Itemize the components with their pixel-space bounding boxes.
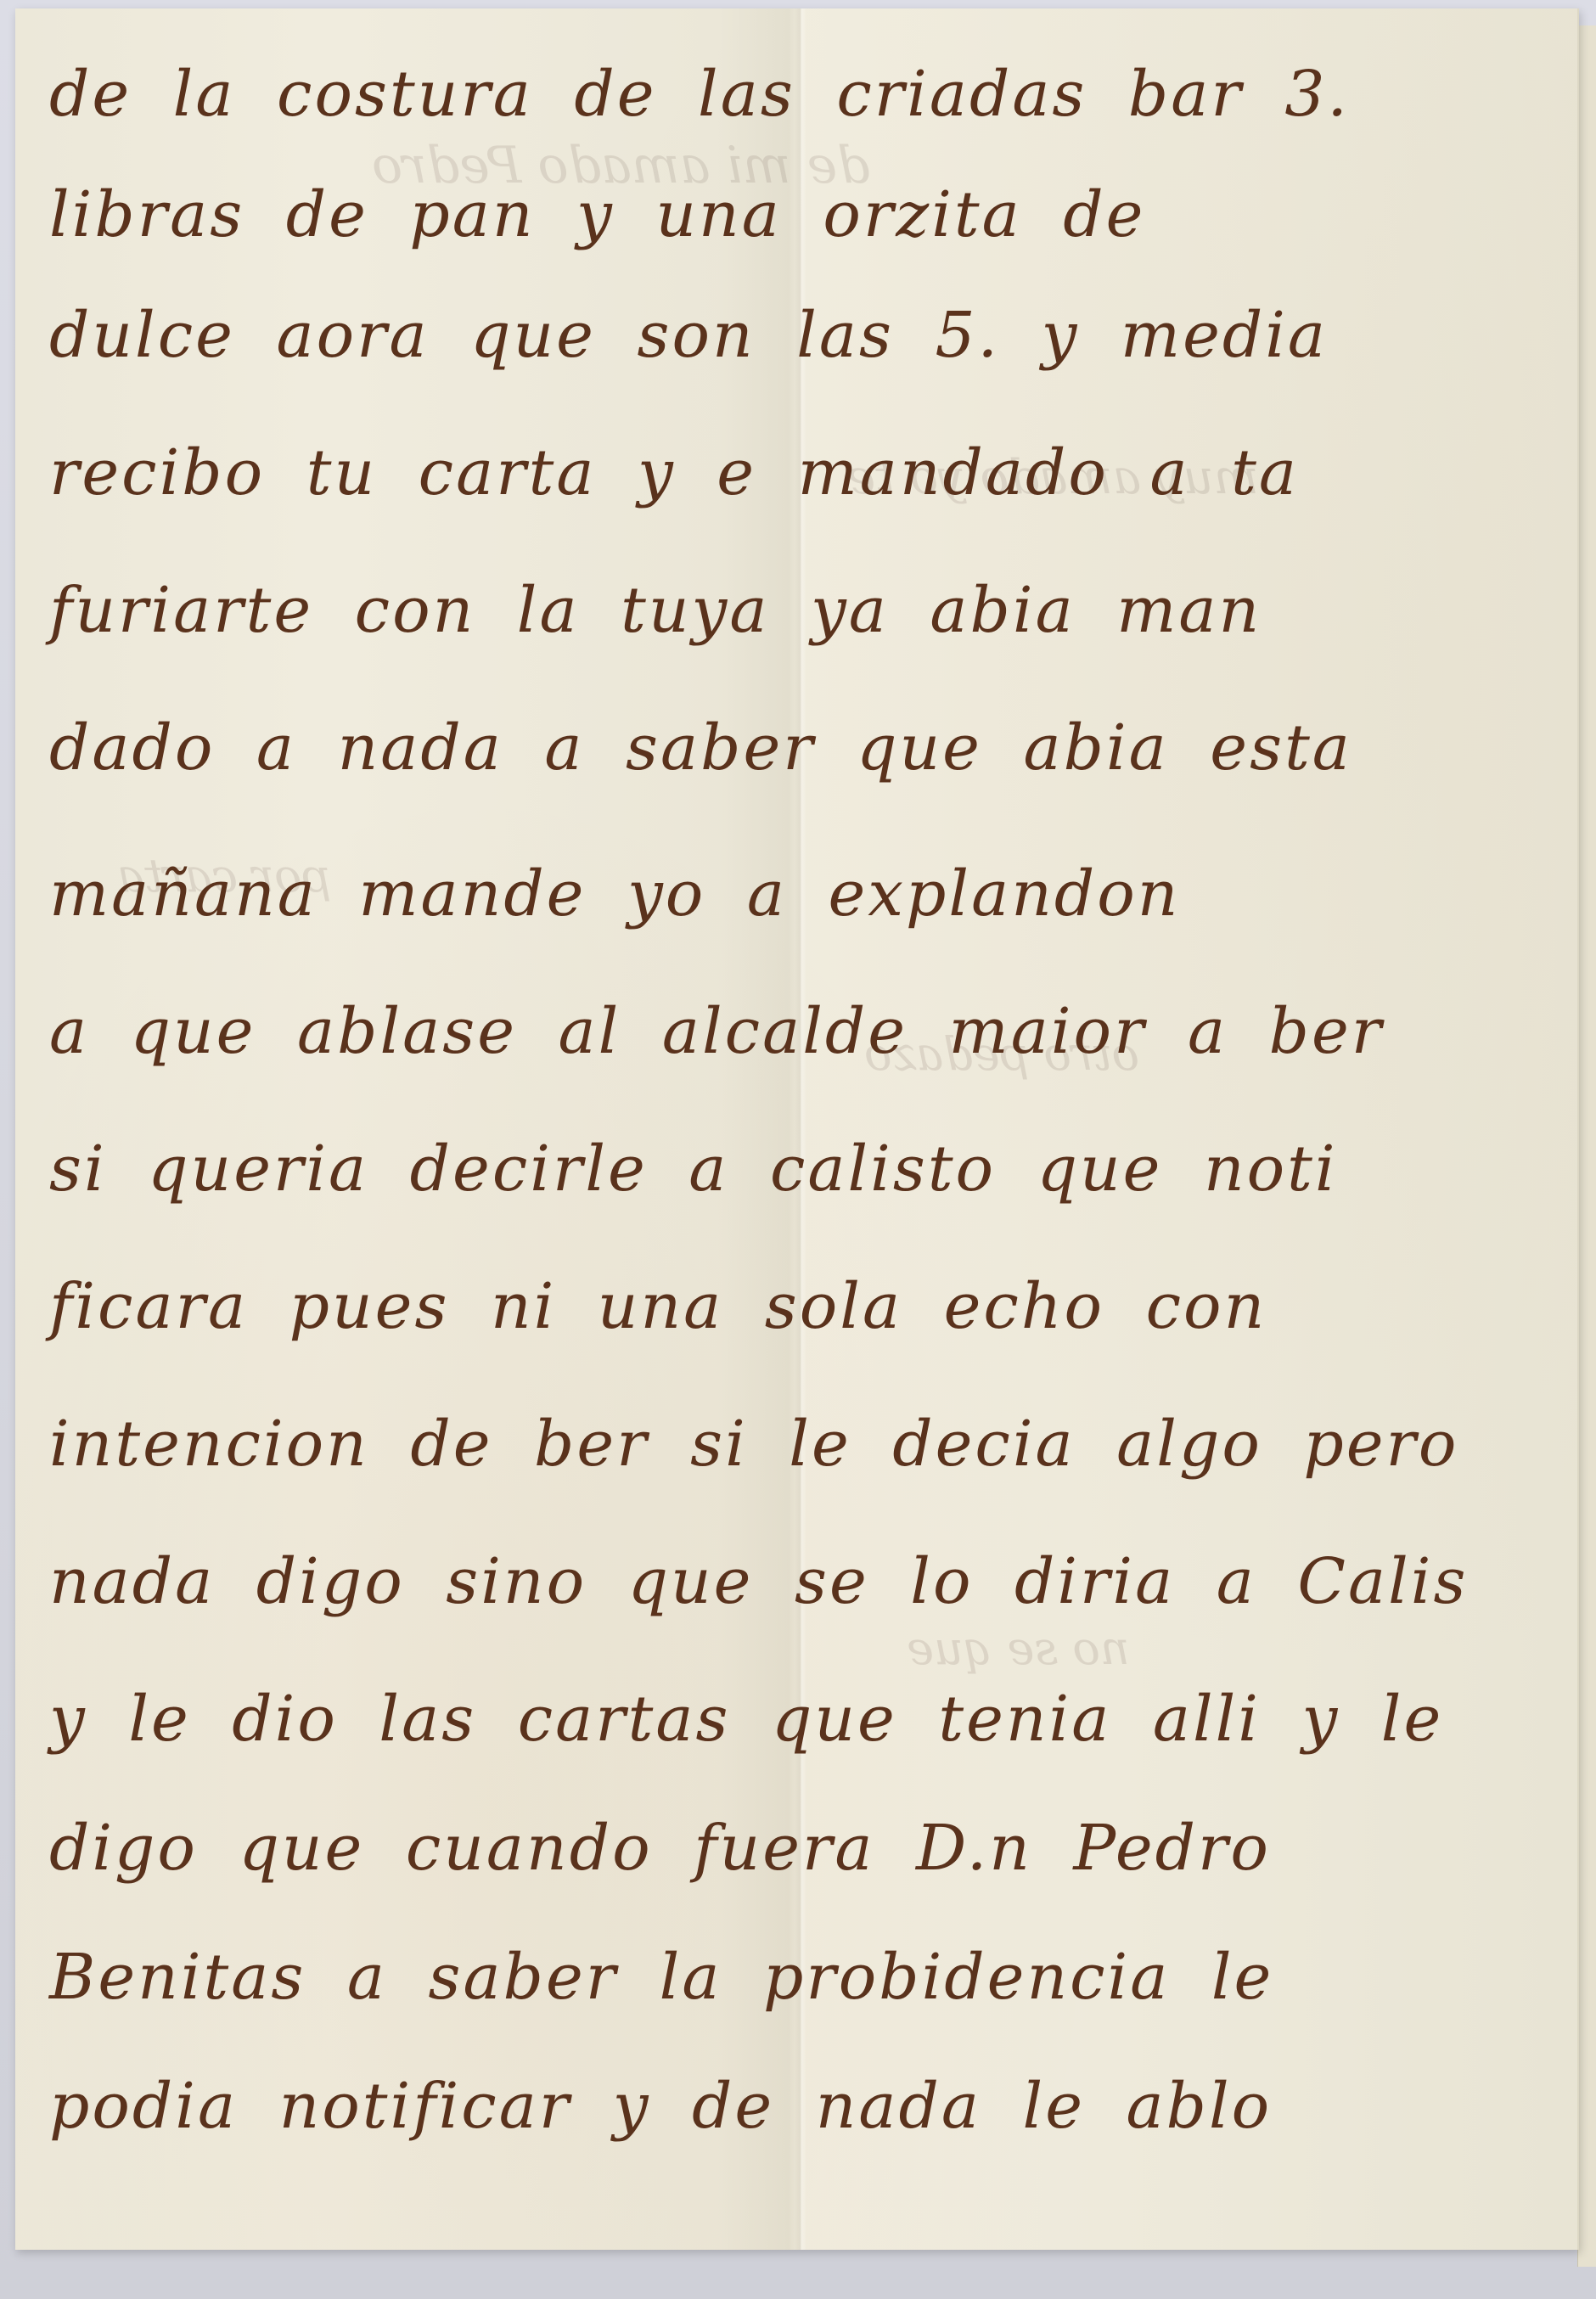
- text-line: furiarte con la tuya ya abia man: [49, 550, 1577, 671]
- text-line: a que ablase al alcalde maior a ber: [49, 971, 1577, 1092]
- text-line: podia notificar y de nada le ablo: [49, 2046, 1577, 2167]
- text-line: y le dio las cartas que tenia alli y le: [49, 1659, 1577, 1779]
- text-line: dado a nada a saber que abia esta: [49, 688, 1577, 808]
- letter-body: de la costura de las criadas bar 3. libr…: [49, 34, 1577, 1963]
- adjacent-page-edge: [1577, 25, 1596, 2267]
- text-line: mañana mande yo a explandon: [49, 834, 1577, 954]
- text-line: de la costura de las criadas bar 3.: [49, 34, 1577, 155]
- text-line: nada digo sino que se lo diria a Calis: [49, 1521, 1577, 1642]
- text-line: Benitas a saber la probidencia le: [49, 1917, 1577, 2038]
- text-line: dulce aora que son las 5. y media: [49, 275, 1577, 396]
- text-line: recibo tu carta y e mandado a ta: [49, 413, 1577, 533]
- text-line: digo que cuando fuera D.n Pedro: [49, 1788, 1577, 1908]
- text-line: libras de pan y una orzita de: [49, 155, 1577, 275]
- text-line: ficara pues ni una sola echo con: [49, 1246, 1577, 1367]
- manuscript-page: de mi amado Pedro muy amado yo te por ca…: [15, 8, 1579, 2250]
- text-line: si queria decirle a calisto que noti: [49, 1109, 1577, 1229]
- text-line: intencion de ber si le decia algo pero: [49, 1384, 1577, 1504]
